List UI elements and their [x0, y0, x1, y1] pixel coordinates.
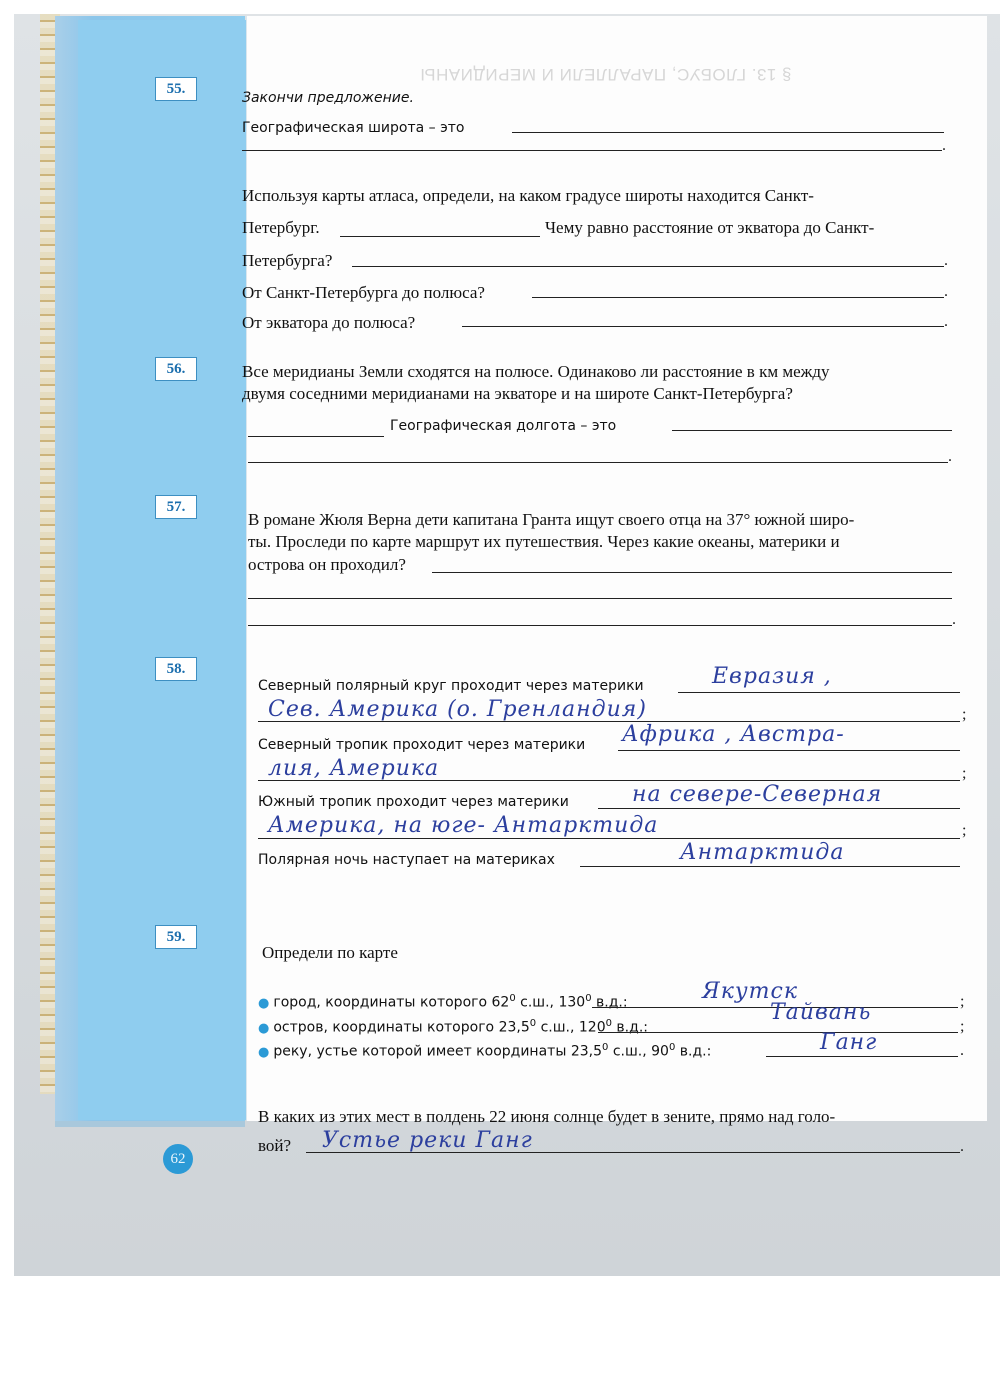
exercise-number-57: 57.: [155, 495, 197, 519]
answer-line[interactable]: [766, 1056, 958, 1057]
blue-margin: [78, 20, 246, 1120]
ex57-question-line: ты. Проследи по карте маршрут их путешес…: [248, 532, 840, 552]
exercise-number-59: 59.: [155, 925, 197, 949]
answer-line[interactable]: [340, 236, 540, 237]
ex57-question-line: В романе Жюля Верна дети капитана Гранта…: [248, 510, 854, 530]
answer-line[interactable]: [248, 598, 952, 599]
handwritten-answer: лия, Америка: [268, 756, 439, 781]
answer-line[interactable]: [432, 572, 952, 573]
answer-line[interactable]: [462, 326, 944, 327]
ex59-bullet: ●город, координаты которого 620 с.ш., 13…: [258, 993, 628, 1011]
ex55-instruction: Закончи предложение.: [242, 90, 414, 106]
bullet-icon: ●: [258, 1021, 269, 1036]
answer-line[interactable]: [248, 625, 952, 626]
ex59-bullet: ●реку, устье которой имеет координаты 23…: [258, 1042, 711, 1060]
handwritten-answer: на севере-Северная: [632, 782, 882, 807]
answer-line[interactable]: [598, 1032, 958, 1033]
ex56-prompt-longitude: Географическая долгота – это: [390, 418, 616, 434]
handwritten-answer: Африка , Австра-: [622, 722, 845, 747]
answer-line[interactable]: [248, 462, 948, 463]
ex59-question-line: В каких из этих мест в полдень 22 июня с…: [258, 1107, 835, 1127]
ex58-item-label: Южный тропик проходит через материки: [258, 794, 569, 810]
handwritten-answer: Ганг: [820, 1030, 877, 1055]
answer-line[interactable]: [258, 838, 960, 839]
answer-line[interactable]: [678, 692, 960, 693]
ex58-item-label: Полярная ночь наступает на материках: [258, 852, 555, 868]
answer-line[interactable]: [242, 150, 942, 151]
ex56-question-line: двумя соседними меридианами на экваторе …: [242, 384, 793, 404]
exercise-number-58: 58.: [155, 657, 197, 681]
ex58-item-label: Северный тропик проходит через материки: [258, 737, 585, 753]
page-number: 62: [163, 1144, 193, 1174]
bullet-icon: ●: [258, 1045, 269, 1060]
bullet-icon: ●: [258, 996, 269, 1011]
answer-line[interactable]: [598, 808, 960, 809]
answer-line[interactable]: [618, 750, 960, 751]
ex57-question-line: острова он проходил?: [248, 555, 406, 575]
ex58-item-label: Северный полярный круг проходит через ма…: [258, 678, 644, 694]
handwritten-answer: Евразия ,: [712, 664, 832, 689]
answer-line[interactable]: [532, 297, 944, 298]
ex56-question-line: Все меридианы Земли сходятся на полюсе. …: [242, 362, 830, 382]
ex55-question-line: От экватора до полюса?: [242, 313, 415, 333]
answer-line[interactable]: [580, 866, 960, 867]
ex55-question-line: Используя карты атласа, определи, на как…: [242, 186, 814, 206]
ex55-question-line: Петербурга?: [242, 251, 332, 271]
exercise-number-55: 55.: [155, 77, 197, 101]
handwritten-answer: Сев. Америка (о. Гренландия): [268, 697, 647, 722]
ex59-bullet: ●остров, координаты которого 23,50 с.ш.,…: [258, 1018, 648, 1036]
ex59-question-line: вой?: [258, 1136, 291, 1156]
ex55-question-line: От Санкт-Петербурга до полюса?: [242, 283, 485, 303]
handwritten-answer: Америка, на юге- Антарктида: [268, 813, 658, 838]
answer-line[interactable]: [248, 436, 384, 437]
answer-line[interactable]: [352, 266, 944, 267]
handwritten-answer: Тайвань: [770, 1000, 871, 1025]
answer-line[interactable]: [512, 132, 944, 133]
handwritten-answer: Антарктида: [680, 840, 844, 865]
ex55-prompt-latitude: Географическая широта – это: [242, 120, 465, 136]
ex59-instruction: Определи по карте: [262, 943, 398, 963]
handwritten-answer: Устье реки Ганг: [322, 1128, 533, 1153]
ex55-question-line: Петербург.: [242, 218, 320, 238]
answer-line[interactable]: [672, 430, 952, 431]
ex55-question-line: Чему равно расстояние от экватора до Сан…: [545, 218, 874, 238]
show-through-heading: § 13. ГЛОБУС, ПАРАЛЛЕЛИ И МЕРИДИАНЫ: [420, 64, 792, 84]
exercise-number-56: 56.: [155, 357, 197, 381]
